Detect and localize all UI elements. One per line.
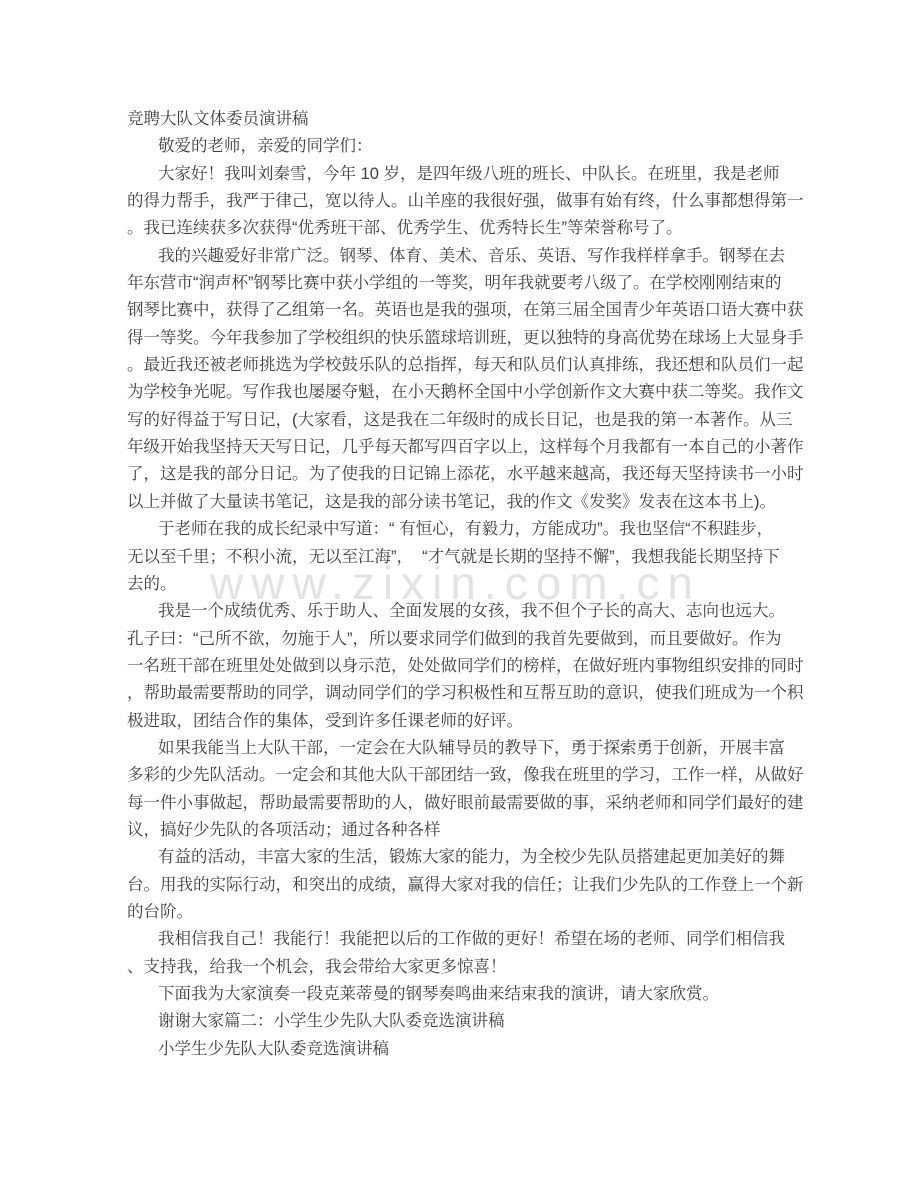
text-line: 我是一个成绩优秀、乐于助人、全面发展的女孩，我不但个子长的高大、志向也远大。 [127, 598, 819, 625]
text-line: 写的好得益于写日记，(大家看，这是我在二年级时的成长日记，也是我的第一本著作。从… [127, 407, 819, 434]
text-line: 谢谢大家篇二：小学生少先队大队委竞选演讲稿 [127, 1008, 819, 1035]
text-line: 去的。 [127, 571, 819, 598]
text-line: 有益的活动，丰富大家的生活，锻炼大家的能力，为全校少先队员搭建起更加美好的舞 [127, 844, 819, 871]
text-line: 的得力帮手，我严于律己，宽以待人。山羊座的我很好强，做事有始有终，什么事都想得第… [127, 188, 819, 215]
text-line: 。我已连续获多次获得“优秀班干部、优秀学生、优秀特长生”等荣誉称号了。 [127, 215, 819, 242]
document-page: www.zixin.com.cn 竞聘大队文体委员演讲稿敬爱的老师，亲爱的同学们… [0, 0, 920, 1191]
document-body: 竞聘大队文体委员演讲稿敬爱的老师，亲爱的同学们：大家好！我叫刘秦雪，今年 10 … [127, 106, 819, 1063]
text-line: 为学校争光呢。写作我也屡屡夺魁，在小天鹅杯全国中小学创新作文大赛中获二等奖。我作… [127, 379, 819, 406]
text-line: 台。用我的实际行动，和突出的成绩，赢得大家对我的信任；让我们少先队的工作登上一个… [127, 872, 819, 899]
text-line: 的台阶。 [127, 899, 819, 926]
text-line: ，帮助最需要帮助的同学，调动同学们的学习积极性和互帮互助的意识，使我们班成为一个… [127, 680, 819, 707]
text-line: 敬爱的老师，亲爱的同学们： [127, 133, 819, 160]
text-line: 年级开始我坚持天天写日记，几乎每天都写四百字以上，这样每个月我都有一本自己的小著… [127, 434, 819, 461]
text-line: 小学生少先队大队委竞选演讲稿 [127, 1036, 819, 1063]
text-line: 于老师在我的成长纪录中写道：“ 有恒心，有毅力，方能成功”。我也坚信“不积跬步， [127, 516, 819, 543]
text-line: 年东营市“润声杯”钢琴比赛中获小学组的一等奖，明年我就要考八级了。在学校刚刚结束… [127, 270, 819, 297]
text-line: 。最近我还被老师挑选为学校鼓乐队的总指挥，每天和队员们认真排练，我还想和队员们一… [127, 352, 819, 379]
text-line: 得一等奖。今年我参加了学校组织的快乐篮球培训班，更以独特的身高优势在球场上大显身… [127, 325, 819, 352]
text-line: 以上并做了大量读书笔记，这是我的部分读书笔记，我的作文《发奖》发表在这本书上)。 [127, 489, 819, 516]
text-line: 我相信我自己！我能行！我能把以后的工作做的更好！希望在场的老师、同学们相信我 [127, 926, 819, 953]
text-line: 每一件小事做起，帮助最需要帮助的人，做好眼前最需要做的事，采纳老师和同学们最好的… [127, 790, 819, 817]
text-line: 、支持我，给我一个机会，我会带给大家更多惊喜！ [127, 954, 819, 981]
text-line: 一名班干部在班里处处做到以身示范，处处做同学们的榜样，在做好班内事物组织安排的同… [127, 653, 819, 680]
text-line: 下面我为大家演奏一段克莱蒂曼的钢琴奏鸣曲来结束我的演讲，请大家欣赏。 [127, 981, 819, 1008]
text-line: 议，搞好少先队的各项活动；通过各种各样 [127, 817, 819, 844]
text-line: 孔子曰：“己所不欲，勿施于人”，所以要求同学们做到的我首先要做到，而且要做好。作… [127, 626, 819, 653]
text-line: 我的兴趣爱好非常广泛。钢琴、体育、美术、音乐、英语、写作我样样拿手。钢琴在去 [127, 243, 819, 270]
text-line: 极进取，团结合作的集体，受到许多任课老师的好评。 [127, 708, 819, 735]
text-line: 如果我能当上大队干部，一定会在大队辅导员的教导下，勇于探索勇于创新，开展丰富 [127, 735, 819, 762]
text-line: 无以至千里；不积小流，无以至江海”， “才气就是长期的坚持不懈”，我想我能长期坚… [127, 544, 819, 571]
text-line: 大家好！我叫刘秦雪，今年 10 岁，是四年级八班的班长、中队长。在班里，我是老师 [127, 161, 819, 188]
document-title: 竞聘大队文体委员演讲稿 [127, 106, 819, 133]
text-line: 了，这是我的部分日记。为了使我的日记锦上添花，水平越来越高，我还每天坚持读书一小… [127, 461, 819, 488]
text-line: 钢琴比赛中，获得了乙组第一名。英语也是我的强项，在第三届全国青少年英语口语大赛中… [127, 297, 819, 324]
text-line: 多彩的少先队活动。一定会和其他大队干部团结一致，像我在班里的学习，工作一样，从做… [127, 762, 819, 789]
